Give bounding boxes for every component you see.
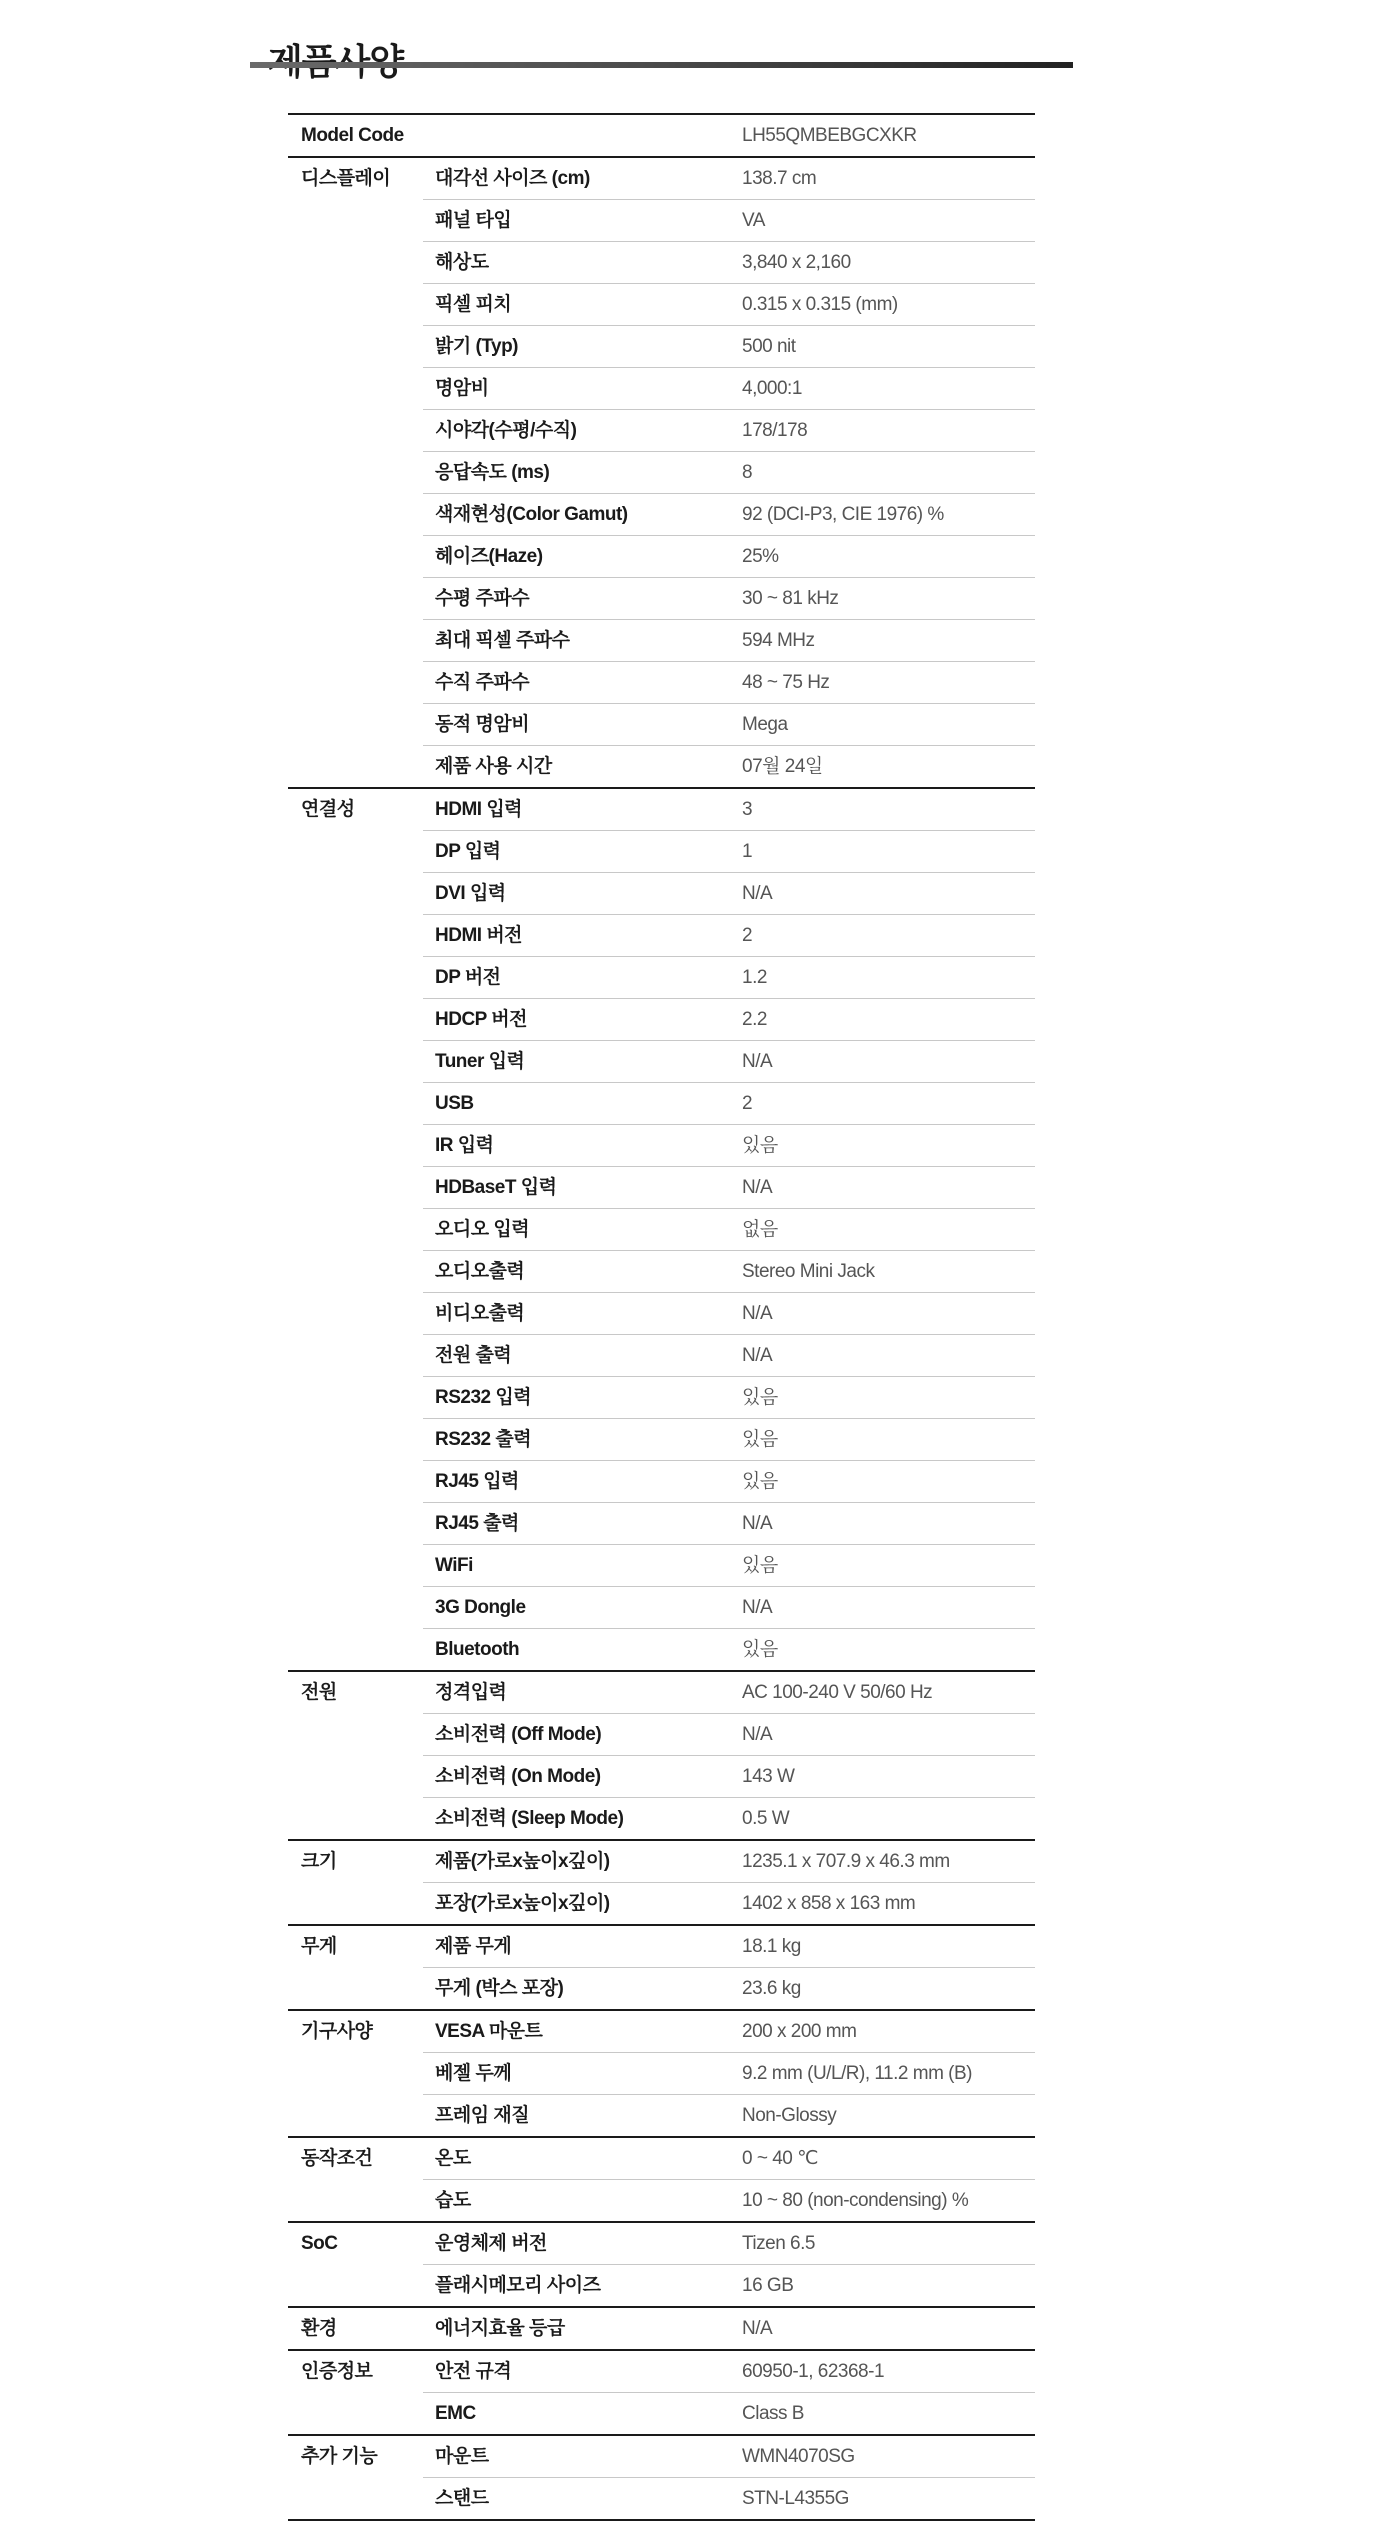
spec-label: 안전 규격	[435, 2351, 511, 2392]
spec-row: 수평 주파수30 ~ 81 kHz	[423, 578, 1035, 620]
spec-group-rows: 마운트WMN4070SG스탠드STN-L4355G	[423, 2436, 1035, 2519]
spec-value: 있음	[742, 1377, 778, 1418]
spec-value: 3,840 x 2,160	[742, 242, 851, 283]
spec-value: N/A	[742, 1503, 772, 1544]
spec-value: 07월 24일	[742, 746, 823, 787]
spec-group-title: 전원	[301, 1672, 337, 1713]
spec-row: 소비전력 (Sleep Mode)0.5 W	[423, 1798, 1035, 1839]
spec-group-title: 연결성	[301, 789, 355, 830]
spec-value: 23.6 kg	[742, 1968, 801, 2009]
spec-group: 기구사양VESA 마운트200 x 200 mm베젤 두께9.2 mm (U/L…	[288, 2011, 1035, 2138]
spec-value: 1	[742, 831, 752, 872]
spec-value: 0 ~ 40 ℃	[742, 2138, 818, 2179]
spec-group: 크기제품(가로x높이x깊이)1235.1 x 707.9 x 46.3 mm포장…	[288, 1841, 1035, 1926]
spec-label: 색재현성(Color Gamut)	[435, 494, 628, 535]
spec-row: 시야각(수평/수직)178/178	[423, 410, 1035, 452]
spec-value: N/A	[742, 1587, 772, 1628]
spec-row: 패널 타입VA	[423, 200, 1035, 242]
spec-label: DP 버전	[435, 957, 501, 998]
spec-label: 해상도	[435, 242, 489, 283]
spec-row: 스탠드STN-L4355G	[423, 2478, 1035, 2519]
spec-label: 소비전력 (Sleep Mode)	[435, 1798, 623, 1839]
spec-label: 제품 무게	[435, 1926, 511, 1967]
spec-row: WiFi있음	[423, 1545, 1035, 1587]
spec-label: 오디오출력	[435, 1251, 524, 1292]
spec-value: 있음	[742, 1629, 778, 1670]
spec-label: 베젤 두께	[435, 2053, 511, 2094]
spec-value: 0.315 x 0.315 (mm)	[742, 284, 898, 325]
spec-value: N/A	[742, 1293, 772, 1334]
spec-group-rows: 정격입력AC 100-240 V 50/60 Hz소비전력 (Off Mode)…	[423, 1672, 1035, 1839]
spec-label: 소비전력 (Off Mode)	[435, 1714, 601, 1755]
spec-value: 500 nit	[742, 326, 796, 367]
spec-row: EMCClass B	[423, 2393, 1035, 2434]
spec-value: STN-L4355G	[742, 2478, 849, 2519]
spec-value: 4,000:1	[742, 368, 802, 409]
spec-row: 헤이즈(Haze)25%	[423, 536, 1035, 578]
spec-table: Model Code LH55QMBEBGCXKR 디스플레이대각선 사이즈 (…	[288, 113, 1035, 2521]
spec-label: EMC	[435, 2393, 476, 2434]
spec-label: 에너지효율 등급	[435, 2308, 565, 2349]
spec-label: HDCP 버전	[435, 999, 527, 1040]
spec-label: 수직 주파수	[435, 662, 529, 703]
spec-row: 전원 출력N/A	[423, 1335, 1035, 1377]
spec-row: 제품 사용 시간07월 24일	[423, 746, 1035, 787]
spec-group: SoC운영체제 버전Tizen 6.5플래시메모리 사이즈16 GB	[288, 2223, 1035, 2308]
spec-value: 1235.1 x 707.9 x 46.3 mm	[742, 1841, 950, 1882]
spec-value: 48 ~ 75 Hz	[742, 662, 829, 703]
spec-label: 헤이즈(Haze)	[435, 536, 543, 577]
spec-group-title: 디스플레이	[301, 158, 390, 199]
spec-label: 수평 주파수	[435, 578, 529, 619]
spec-label: 대각선 사이즈 (cm)	[435, 158, 590, 199]
spec-value: 60950-1, 62368-1	[742, 2351, 884, 2392]
spec-row: 3G DongleN/A	[423, 1587, 1035, 1629]
spec-row: RS232 출력있음	[423, 1419, 1035, 1461]
spec-row: 베젤 두께9.2 mm (U/L/R), 11.2 mm (B)	[423, 2053, 1035, 2095]
spec-value: 있음	[742, 1419, 778, 1460]
spec-label: Tuner 입력	[435, 1041, 524, 1082]
spec-row: USB2	[423, 1083, 1035, 1125]
spec-group-title: 무게	[301, 1926, 337, 1967]
spec-value: 178/178	[742, 410, 807, 451]
spec-value: 138.7 cm	[742, 158, 816, 199]
spec-label: DVI 입력	[435, 873, 506, 914]
spec-value: 9.2 mm (U/L/R), 11.2 mm (B)	[742, 2053, 972, 2094]
spec-value: AC 100-240 V 50/60 Hz	[742, 1672, 932, 1713]
spec-label: 오디오 입력	[435, 1209, 529, 1250]
spec-label: 마운트	[435, 2436, 489, 2477]
spec-label: 운영체제 버전	[435, 2223, 547, 2264]
spec-label: 습도	[435, 2180, 471, 2221]
spec-group-title: 추가 기능	[301, 2436, 377, 2477]
spec-group-title: 인증정보	[301, 2351, 372, 2392]
spec-row: RJ45 입력있음	[423, 1461, 1035, 1503]
spec-row: 포장(가로x높이x깊이)1402 x 858 x 163 mm	[423, 1883, 1035, 1924]
spec-label: 온도	[435, 2138, 471, 2179]
spec-group-rows: 운영체제 버전Tizen 6.5플래시메모리 사이즈16 GB	[423, 2223, 1035, 2306]
spec-value: N/A	[742, 1335, 772, 1376]
spec-group: 디스플레이대각선 사이즈 (cm)138.7 cm패널 타입VA해상도3,840…	[288, 158, 1035, 789]
spec-value: 8	[742, 452, 752, 493]
spec-row: 안전 규격60950-1, 62368-1	[423, 2351, 1035, 2393]
spec-row: 밝기 (Typ)500 nit	[423, 326, 1035, 368]
spec-row: 오디오출력Stereo Mini Jack	[423, 1251, 1035, 1293]
spec-value: 0.5 W	[742, 1798, 789, 1839]
spec-row: IR 입력있음	[423, 1125, 1035, 1167]
spec-label: 플래시메모리 사이즈	[435, 2265, 600, 2306]
spec-value: Non-Glossy	[742, 2095, 836, 2136]
spec-row: RS232 입력있음	[423, 1377, 1035, 1419]
spec-row: HDMI 버전2	[423, 915, 1035, 957]
spec-label: 제품 사용 시간	[435, 746, 552, 787]
spec-row: DVI 입력N/A	[423, 873, 1035, 915]
spec-label: VESA 마운트	[435, 2011, 542, 2052]
spec-row: 명암비4,000:1	[423, 368, 1035, 410]
spec-label: 정격입력	[435, 1672, 506, 1713]
spec-label: 3G Dongle	[435, 1587, 526, 1628]
spec-value: N/A	[742, 2308, 772, 2349]
spec-label: 포장(가로x높이x깊이)	[435, 1883, 610, 1924]
spec-group: 무게제품 무게18.1 kg무게 (박스 포장)23.6 kg	[288, 1926, 1035, 2011]
spec-label: 비디오출력	[435, 1293, 524, 1334]
spec-group: 동작조건온도0 ~ 40 ℃습도10 ~ 80 (non-condensing)…	[288, 2138, 1035, 2223]
spec-row: 습도10 ~ 80 (non-condensing) %	[423, 2180, 1035, 2221]
spec-group-title: 환경	[301, 2308, 337, 2349]
spec-group: 추가 기능마운트WMN4070SG스탠드STN-L4355G	[288, 2436, 1035, 2521]
spec-label: 무게 (박스 포장)	[435, 1968, 563, 2009]
spec-group-title: 크기	[301, 1841, 337, 1882]
spec-row: Bluetooth있음	[423, 1629, 1035, 1670]
spec-value: 있음	[742, 1461, 778, 1502]
spec-row: Tuner 입력N/A	[423, 1041, 1035, 1083]
spec-row: HDMI 입력3	[423, 789, 1035, 831]
spec-label: 전원 출력	[435, 1335, 511, 1376]
spec-row: 소비전력 (Off Mode)N/A	[423, 1714, 1035, 1756]
spec-value: 16 GB	[742, 2265, 793, 2306]
spec-value: N/A	[742, 1714, 772, 1755]
spec-value: 1402 x 858 x 163 mm	[742, 1883, 915, 1924]
spec-row: 프레임 재질Non-Glossy	[423, 2095, 1035, 2136]
spec-label: RS232 입력	[435, 1377, 531, 1418]
spec-row: VESA 마운트200 x 200 mm	[423, 2011, 1035, 2053]
spec-group-title: SoC	[301, 2223, 338, 2264]
spec-label: 픽셀 피치	[435, 284, 511, 325]
spec-value: 200 x 200 mm	[742, 2011, 856, 2052]
spec-value: 2	[742, 915, 752, 956]
spec-value: 있음	[742, 1125, 778, 1166]
spec-group-title: 기구사양	[301, 2011, 372, 2052]
spec-group: 인증정보안전 규격60950-1, 62368-1EMCClass B	[288, 2351, 1035, 2436]
spec-label: 시야각(수평/수직)	[435, 410, 576, 451]
spec-value: N/A	[742, 1167, 772, 1208]
spec-group-rows: HDMI 입력3DP 입력1DVI 입력N/AHDMI 버전2DP 버전1.2H…	[423, 789, 1035, 1670]
spec-value: WMN4070SG	[742, 2436, 855, 2477]
spec-row: 픽셀 피치0.315 x 0.315 (mm)	[423, 284, 1035, 326]
spec-group-rows: 제품(가로x높이x깊이)1235.1 x 707.9 x 46.3 mm포장(가…	[423, 1841, 1035, 1924]
spec-value: 2.2	[742, 999, 767, 1040]
spec-row: 제품 무게18.1 kg	[423, 1926, 1035, 1968]
spec-value: N/A	[742, 1041, 772, 1082]
spec-value: 18.1 kg	[742, 1926, 801, 1967]
spec-value: 3	[742, 789, 752, 830]
spec-row: HDBaseT 입력N/A	[423, 1167, 1035, 1209]
spec-label: HDMI 버전	[435, 915, 522, 956]
spec-label: 패널 타입	[435, 200, 511, 241]
spec-label: 최대 픽셀 주파수	[435, 620, 570, 661]
spec-row: DP 입력1	[423, 831, 1035, 873]
spec-value: 있음	[742, 1545, 778, 1586]
spec-label: 제품(가로x높이x깊이)	[435, 1841, 610, 1882]
spec-value: N/A	[742, 873, 772, 914]
spec-label: 소비전력 (On Mode)	[435, 1756, 601, 1797]
spec-row: 마운트WMN4070SG	[423, 2436, 1035, 2478]
spec-row: 무게 (박스 포장)23.6 kg	[423, 1968, 1035, 2009]
spec-value: Stereo Mini Jack	[742, 1251, 874, 1292]
spec-group-title: 동작조건	[301, 2138, 372, 2179]
spec-label: HDBaseT 입력	[435, 1167, 556, 1208]
spec-value: 10 ~ 80 (non-condensing) %	[742, 2180, 968, 2221]
spec-value: 2	[742, 1083, 752, 1124]
spec-row-model-code: Model Code LH55QMBEBGCXKR	[288, 115, 1035, 156]
spec-row: 오디오 입력없음	[423, 1209, 1035, 1251]
spec-label: IR 입력	[435, 1125, 494, 1166]
spec-row: 색재현성(Color Gamut)92 (DCI-P3, CIE 1976) %	[423, 494, 1035, 536]
spec-value: 1.2	[742, 957, 767, 998]
spec-label: RJ45 입력	[435, 1461, 519, 1502]
spec-value: 25%	[742, 536, 779, 577]
spec-group-rows: 제품 무게18.1 kg무게 (박스 포장)23.6 kg	[423, 1926, 1035, 2009]
spec-group-model-code: Model Code LH55QMBEBGCXKR	[288, 115, 1035, 158]
spec-label: 응답속도 (ms)	[435, 452, 549, 493]
spec-value: LH55QMBEBGCXKR	[742, 115, 917, 156]
spec-group: 연결성HDMI 입력3DP 입력1DVI 입력N/AHDMI 버전2DP 버전1…	[288, 789, 1035, 1672]
spec-group-rows: VESA 마운트200 x 200 mm베젤 두께9.2 mm (U/L/R),…	[423, 2011, 1035, 2136]
spec-row: 정격입력AC 100-240 V 50/60 Hz	[423, 1672, 1035, 1714]
spec-row: RJ45 출력N/A	[423, 1503, 1035, 1545]
spec-label: RS232 출력	[435, 1419, 531, 1460]
spec-value: Tizen 6.5	[742, 2223, 815, 2264]
spec-row: 운영체제 버전Tizen 6.5	[423, 2223, 1035, 2265]
spec-row: 수직 주파수48 ~ 75 Hz	[423, 662, 1035, 704]
spec-label: USB	[435, 1083, 474, 1124]
spec-group-rows: 대각선 사이즈 (cm)138.7 cm패널 타입VA해상도3,840 x 2,…	[423, 158, 1035, 787]
spec-label: 프레임 재질	[435, 2095, 529, 2136]
spec-group: 환경에너지효율 등급N/A	[288, 2308, 1035, 2351]
spec-row: 에너지효율 등급N/A	[423, 2308, 1035, 2349]
spec-label: Model Code	[301, 115, 404, 156]
spec-group: 전원정격입력AC 100-240 V 50/60 Hz소비전력 (Off Mod…	[288, 1672, 1035, 1841]
spec-value: Mega	[742, 704, 788, 745]
spec-row: 소비전력 (On Mode)143 W	[423, 1756, 1035, 1798]
spec-row: 제품(가로x높이x깊이)1235.1 x 707.9 x 46.3 mm	[423, 1841, 1035, 1883]
spec-row: 동적 명암비Mega	[423, 704, 1035, 746]
spec-value: 없음	[742, 1209, 778, 1250]
spec-label: RJ45 출력	[435, 1503, 519, 1544]
spec-row: HDCP 버전2.2	[423, 999, 1035, 1041]
spec-label: Bluetooth	[435, 1629, 519, 1670]
spec-row: 대각선 사이즈 (cm)138.7 cm	[423, 158, 1035, 200]
spec-row: 응답속도 (ms)8	[423, 452, 1035, 494]
spec-label: 명암비	[435, 368, 489, 409]
spec-value: 143 W	[742, 1756, 794, 1797]
spec-value: 30 ~ 81 kHz	[742, 578, 838, 619]
spec-row: DP 버전1.2	[423, 957, 1035, 999]
spec-label: 동적 명암비	[435, 704, 529, 745]
spec-row: 최대 픽셀 주파수594 MHz	[423, 620, 1035, 662]
spec-row: 비디오출력N/A	[423, 1293, 1035, 1335]
spec-group-rows: 에너지효율 등급N/A	[423, 2308, 1035, 2349]
spec-label: WiFi	[435, 1545, 473, 1586]
spec-label: HDMI 입력	[435, 789, 522, 830]
spec-group-rows: 온도0 ~ 40 ℃습도10 ~ 80 (non-condensing) %	[423, 2138, 1035, 2221]
spec-value: 92 (DCI-P3, CIE 1976) %	[742, 494, 944, 535]
title-underline-divider	[250, 62, 1073, 68]
spec-row: 온도0 ~ 40 ℃	[423, 2138, 1035, 2180]
spec-value: 594 MHz	[742, 620, 815, 661]
spec-label: 밝기 (Typ)	[435, 326, 518, 367]
spec-group-rows: 안전 규격60950-1, 62368-1EMCClass B	[423, 2351, 1035, 2434]
spec-row: 해상도3,840 x 2,160	[423, 242, 1035, 284]
spec-value: Class B	[742, 2393, 804, 2434]
spec-label: DP 입력	[435, 831, 501, 872]
spec-row: 플래시메모리 사이즈16 GB	[423, 2265, 1035, 2306]
spec-value: VA	[742, 200, 765, 241]
spec-label: 스탠드	[435, 2478, 489, 2519]
